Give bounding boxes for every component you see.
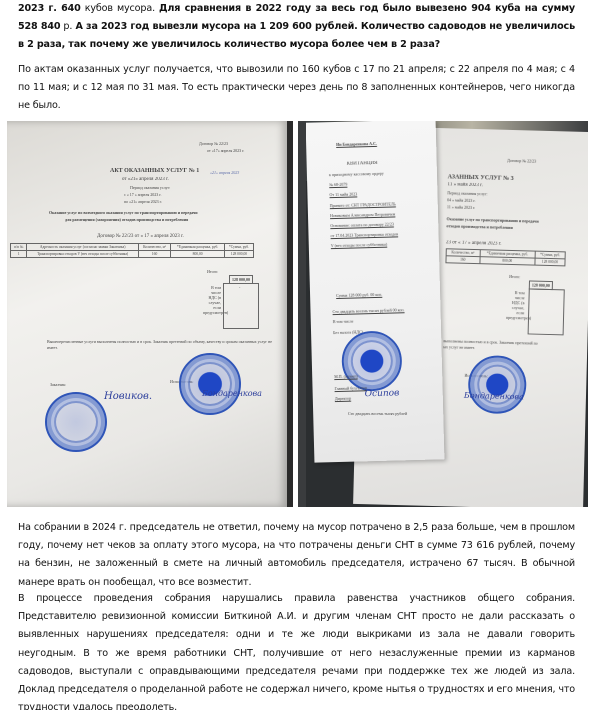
handwritten-note: «21» апреля 2023 — [210, 170, 239, 175]
photo-left-edge — [298, 121, 306, 507]
paragraph-acts-summary: По актам оказанных услуг получается, что… — [18, 61, 575, 116]
receipt-amount-words: Сто двадцать восемь тысяч рублей 00 коп. — [332, 307, 404, 314]
act-date: от «21» апреля 2023 г. — [122, 177, 169, 182]
receipt-basis: Основание: оплата по договору 22/23 — [330, 221, 394, 228]
receipt-director-signature: Осипов — [365, 388, 400, 399]
act3-subject-1: Оказание услуг по транспортированию и пе… — [447, 216, 539, 223]
period-to: по «21» апреля 2023 г. — [124, 199, 162, 204]
photo-edge-shadow — [287, 121, 293, 507]
th-unit-price: *Единичная расценка, руб. — [171, 244, 225, 251]
receipt-stamp — [341, 330, 403, 392]
act3-executor-signature: Бондаренкова — [464, 391, 524, 402]
photo-receipt-and-act-3: E/C Договор № 22/23 АЗАННЫХ УСЛУГ № 3 11… — [298, 121, 588, 507]
vat-label: В том числе НДС (в случае, если предусмо… — [203, 285, 221, 315]
th-address: Адресность оказания услуг (согласно заяв… — [27, 244, 138, 251]
total-label: Итого: — [207, 269, 218, 274]
th-sum: *Сумма, руб. — [224, 244, 253, 251]
receipt-number: № 68-2079 — [329, 182, 347, 187]
cell-number: 1 — [11, 251, 27, 258]
contract-ref-date: от «17» апреля 2023 г. — [207, 148, 244, 153]
subject-line-2: для размещения (захоронения) отходов про… — [65, 217, 188, 222]
act3-cell-unit-price: 800,00 — [479, 257, 535, 265]
vat-value: - — [239, 285, 240, 290]
subject-line-1: Оказание услуг по возмездного оказания у… — [49, 210, 198, 215]
conclusion-text: Вышеперечисленные услуги выполнены полно… — [47, 339, 272, 351]
receipt-title: КВИТАНЦИЯ — [347, 161, 378, 167]
receipt-payer: Новиковым Александром Петровичем — [330, 211, 395, 218]
paragraph-meeting-questions: На собрании в 2024 г. председатель не от… — [18, 519, 575, 592]
th-quantity: Количество, м³ — [138, 244, 170, 251]
paragraph-meeting-violations: В процессе проведения собрания нарушалис… — [18, 590, 575, 710]
table-header-row: п/п № Адресность оказания услуг (согласн… — [11, 244, 254, 251]
cell-quantity: 160 — [138, 251, 170, 258]
act3-period-from: 04 » майя 2023 г. — [447, 197, 476, 203]
customer-label: Заказчик: — [50, 382, 66, 387]
receipt-basis-2: от 17.04.2023 Транспортировка отходов — [330, 231, 398, 238]
receipt-received-from: Принято от: СНТ ГРАДОСТРОИТЕЛЬ — [330, 201, 396, 208]
table-row: 1 Транспортировка отходов V (втч отходы … — [11, 251, 254, 258]
photo-act-of-services-1: Договор № 22/23 от «17» апреля 2023 г. А… — [7, 121, 293, 507]
act-title: АКТ ОКАЗАННЫХ УСЛУГ № 1 — [110, 168, 199, 174]
receipt-date: От 11 майя 2023 — [329, 191, 357, 197]
executor-stamp — [179, 353, 241, 415]
receipt-basis-3: V (втч отходы после субботника) — [331, 242, 387, 248]
customer-stamp — [45, 392, 107, 452]
cell-unit-price: 800,00 — [171, 251, 225, 258]
p1-normal-text: кубов мусора. — [81, 3, 159, 14]
receipt-issuer: Ип Бондаренкова А.С. — [336, 141, 377, 147]
paragraph-garbage-volume: 2023 г. 640 кубов мусора. Для сравнения … — [18, 0, 575, 55]
p1-rub-suffix: р. — [60, 21, 72, 32]
act3-executor-stamp — [468, 355, 527, 414]
act3-contract-line: 23 от « 17 » апреля 2023 г. — [446, 240, 502, 246]
receipt-director: Директор — [335, 396, 351, 401]
cell-address: Транспортировка отходов V (втч отходы по… — [27, 251, 138, 258]
act3-vat-label: В том числе НДС (в случае, если предусмо… — [506, 290, 525, 320]
act-paper: Договор № 22/23 от «17» апреля 2023 г. А… — [7, 121, 289, 507]
th-number: п/п № — [11, 244, 27, 251]
act3-period-to: 11 » майя 2023 г. — [447, 204, 475, 210]
contract-ref: Договор № 22/23 — [199, 141, 228, 146]
receipt-chief-accountant: Главный бухгалтер — [334, 385, 367, 391]
act3-table: Количество, м³ *Единичная расценка, руб.… — [445, 248, 565, 266]
receipt-including: В том числе — [333, 319, 354, 325]
cell-sum: 128 000,00 — [224, 251, 253, 258]
act3-vat-box — [528, 288, 565, 335]
act3-contract-ref: Договор № 22/23 — [507, 158, 536, 164]
act3-conclusion-2: ых услуг не имеет. — [443, 344, 475, 350]
vat-box: - — [223, 283, 259, 329]
period-label: Период оказания услуг: — [130, 185, 170, 190]
customer-signature: Новиков. — [104, 391, 152, 402]
act-services-table: п/п № Адресность оказания услуг (согласн… — [10, 243, 254, 258]
receipt-mp: М.П. (штамп) — [334, 373, 358, 379]
p1-bold-year: 2023 г. 640 — [18, 3, 81, 14]
bottom-amount-words: Сто двадцать восемь тысяч рублей — [348, 411, 407, 416]
act3-total-label: Итого: — [509, 274, 520, 279]
receipt-amount: Сумма 128 000 руб. 00 коп. — [336, 292, 382, 298]
act3-date: 11 » майя 2023 г. — [447, 182, 483, 188]
act3-cell-sum: 128 000,00 — [535, 258, 565, 266]
executor-signature: Бондаренкова — [202, 389, 262, 398]
period-from: с « 17 » апреля 2023 г. — [124, 192, 161, 197]
act3-subject-2: отходов производства и потребления — [446, 223, 512, 230]
receipt-subtitle: к приходному кассовому ордеру — [329, 171, 384, 177]
contract-line: Договор № 22/23 от « 17 » апреля 2023 г. — [97, 234, 184, 239]
act3-cell-quantity: 160 — [446, 256, 480, 264]
act3-title: АЗАННЫХ УСЛУГ № 3 — [448, 174, 514, 182]
act3-period-label: Период оказания услуг: — [447, 190, 488, 196]
p1-bold-question: А за 2023 год вывезли мусора на 1 209 60… — [18, 21, 575, 50]
